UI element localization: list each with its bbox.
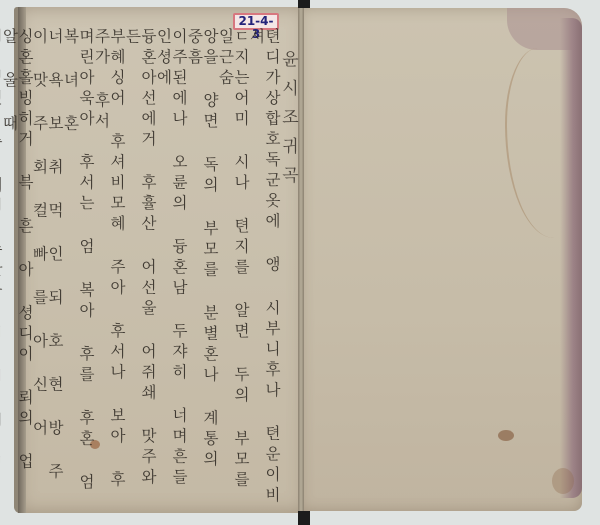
binding-clip-top bbox=[298, 0, 310, 8]
text-column-10: 뵈ㄷ횡년 춘 쉐의 주안을 띠 히 며 칭 출 스 빈 히 bbox=[0, 28, 1, 508]
right-page-edge bbox=[560, 18, 582, 498]
ink-spot bbox=[552, 468, 574, 494]
text-column-9: 싱혼홀빙히거 븍 흔 아 셩디이 뢰의 업 알 울 때 bbox=[1, 28, 32, 508]
text-column-2: ㄷ지는어미 시나 텬지를 알면 두의 부모를 일근숨 bbox=[217, 28, 248, 508]
text-column-5: 듕혼아선에거 후휼산 어선울 어쥐쇄 맛주와 든 bbox=[124, 28, 155, 508]
text-column-3: 앙을 양면 독의 부모를 분별혼나 계통의 중흠 bbox=[186, 28, 217, 508]
ink-spot bbox=[498, 430, 514, 441]
text-column-6: 부혜싱어 후셔비모혜 주아 후서나 보아 후주가 후서 bbox=[93, 28, 124, 508]
text-columns: 윤시조귀곡 텬디가상합호독군옷에 앵 시부니후나 텬운이비셔 ㄷ지는어미 시나 … bbox=[26, 28, 296, 508]
text-column-4: 이주된에나 오륜의 듕혼남 두쟈히 너며흔들 인셩에 bbox=[155, 28, 186, 508]
text-column-7: 며린아욱아 후서는 엄 복아 후를 후혼 엄 복 녀 혼 bbox=[62, 28, 93, 508]
document-title: 윤시조귀곡 bbox=[279, 28, 296, 508]
text-column-1: 텬디가상합호독군옷에 앵 시부니후나 텬운이비셔 bbox=[248, 28, 279, 508]
book-gutter bbox=[298, 8, 304, 511]
manuscript-scan: 21-4-3 윤시조귀곡 텬디가상합호독군옷에 앵 시부니후나 텬운이비셔 ㄷ지… bbox=[0, 0, 600, 525]
text-column-8: 너 욕 보 취 먹 인 되 호 현 방 주 이 맛 주 회 컬 빠 를 아 신 … bbox=[32, 28, 62, 508]
binding-clip-bottom bbox=[298, 511, 310, 525]
right-page bbox=[300, 8, 582, 511]
